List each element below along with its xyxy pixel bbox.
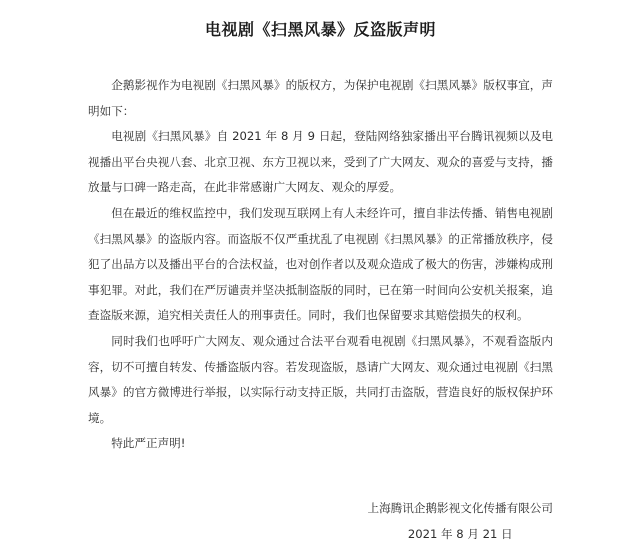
statement-paragraph-closing: 特此严正声明! xyxy=(88,431,553,457)
signature-date: 2021 年 8 月 21 日 xyxy=(367,521,553,547)
statement-paragraph-intro: 企鹅影视作为电视剧《扫黑风暴》的版权方，为保护电视剧《扫黑风暴》版权事宜，声明如… xyxy=(88,73,553,124)
statement-paragraph-piracy: 但在最近的维权监控中，我们发现互联网上有人未经许可，擅自非法传播、销售电视剧《扫… xyxy=(88,201,553,329)
document-title: 电视剧《扫黑风暴》反盗版声明 xyxy=(88,20,553,40)
statement-paragraph-broadcast: 电视剧《扫黑风暴》自 2021 年 8 月 9 日起，登陆网络独家播出平台腾讯视… xyxy=(88,124,553,201)
document-body: 企鹅影视作为电视剧《扫黑风暴》的版权方，为保护电视剧《扫黑风暴》版权事宜，声明如… xyxy=(88,73,553,547)
company-name: 上海腾讯企鹅影视文化传播有限公司 xyxy=(367,495,553,521)
statement-paragraph-appeal: 同时我们也呼吁广大网友、观众通过合法平台观看电视剧《扫黑风暴》，不观看盗版内容，… xyxy=(88,329,553,431)
statement-document-page: 电视剧《扫黑风暴》反盗版声明 企鹅影视作为电视剧《扫黑风暴》的版权方，为保护电视… xyxy=(0,0,640,560)
signature-block: 上海腾讯企鹅影视文化传播有限公司 2021 年 8 月 21 日 xyxy=(367,495,553,547)
